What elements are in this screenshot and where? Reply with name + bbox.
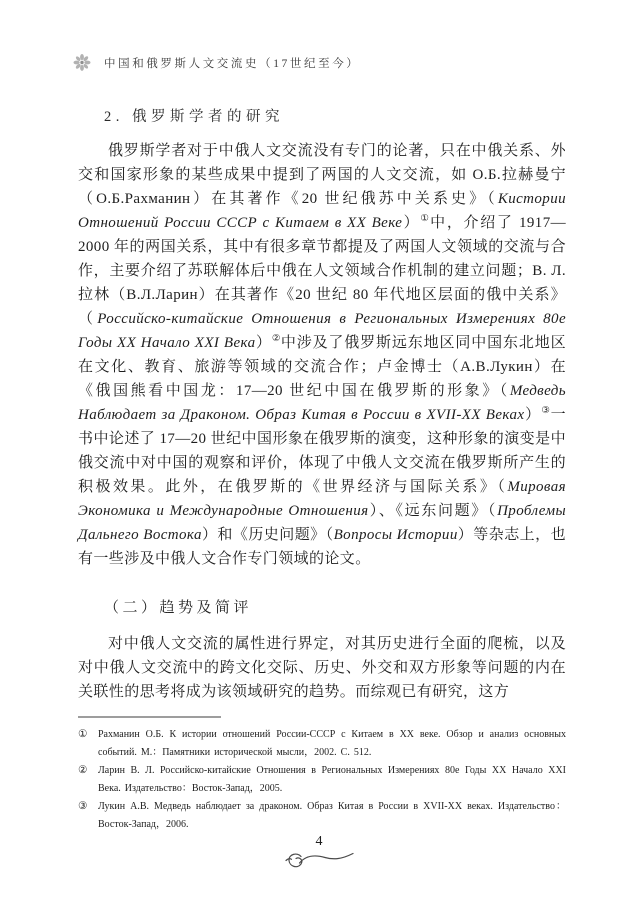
footnote-text: Рахманин О.Б. К истории отношений России… [98, 726, 566, 762]
footnote-ref-2: ② [272, 334, 281, 344]
footnote-separator [78, 716, 221, 718]
text-run: ）、《远东问题》（ [369, 503, 498, 519]
text-run: ） [524, 407, 541, 423]
text-run: ）和《历史问题》（ [202, 527, 334, 543]
footnote-marker: ① [78, 726, 98, 744]
footnote-marker: ③ [78, 798, 98, 816]
footnote-item-2: ② Ларин В. Л. Российско-китайские Отноше… [78, 762, 566, 798]
page-header: 中国和俄罗斯人文交流史（17世纪至今） [72, 52, 565, 73]
text-run: 俄罗斯学者对于中俄人文交流没有专门的论著，只在中俄关系、外交和国家形象的某些成果… [78, 143, 566, 207]
page-footer: 4 [0, 834, 638, 875]
text-run: ） [402, 215, 420, 231]
footer-flourish-icon [0, 851, 638, 875]
footnotes-block: ① Рахманин О.Б. К истории отношений Росс… [78, 726, 566, 834]
footnote-item-3: ③ Лукин А.В. Медведь наблюдает за дракон… [78, 798, 566, 834]
floral-ornament-icon [72, 52, 92, 73]
footnote-text: Ларин В. Л. Российско-китайские Отношени… [98, 762, 566, 798]
paragraph-trends: 对中俄人文交流的属性进行界定，对其历史进行全面的爬梳，以及对中俄人文交流中的跨文… [78, 632, 566, 704]
footnote-ref-3: ③ [541, 406, 550, 416]
section-heading: 2. 俄罗斯学者的研究 [104, 105, 284, 126]
subsection-heading: （二）趋势及简评 [104, 596, 252, 617]
footnote-item-1: ① Рахманин О.Б. К истории отношений Росс… [78, 726, 566, 762]
text-run: ） [256, 335, 272, 351]
footnote-marker: ② [78, 762, 98, 780]
paragraph-russian-scholars: 俄罗斯学者对于中俄人文交流没有专门的论著，只在中俄关系、外交和国家形象的某些成果… [78, 139, 566, 571]
document-page: 中国和俄罗斯人文交流史（17世纪至今） 2. 俄罗斯学者的研究 俄罗斯学者对于中… [0, 0, 638, 902]
footnote-ref-1: ① [420, 214, 430, 224]
book-title: 中国和俄罗斯人文交流史（17世纪至今） [104, 55, 360, 71]
journal-title-russian: Вопросы Истории [334, 527, 458, 543]
footnote-text: Лукин А.В. Медведь наблюдает за драконом… [98, 798, 566, 834]
page-number: 4 [0, 834, 638, 850]
